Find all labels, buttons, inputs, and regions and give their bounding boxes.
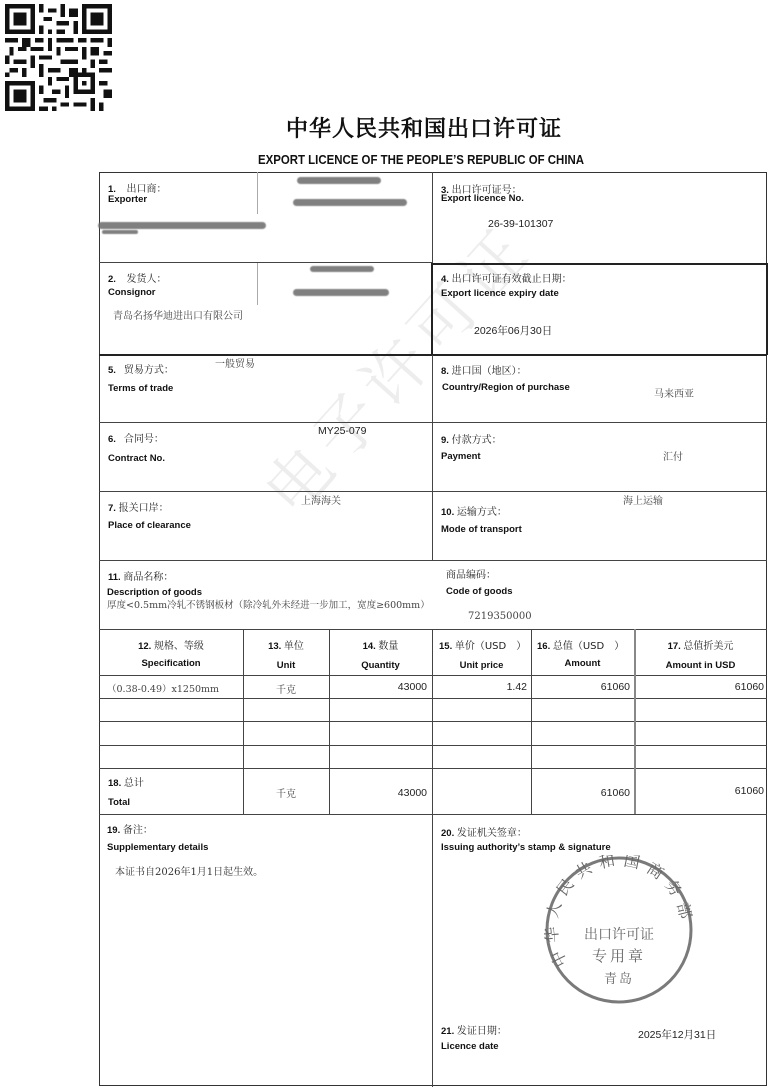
payment-value: 汇付 [663,448,683,463]
consignor-label: 2. 发货人： [108,270,167,285]
supplementary-label: 19. 备注： [107,821,153,836]
divider [257,172,258,214]
licence-no-label-en: Export licence No. [441,193,524,204]
licence-date-label-en: Licence date [441,1041,499,1052]
total-label: 18. 总计 [108,774,144,789]
stamp-section-label-en: Issuing authority’s stamp & signature [441,842,611,853]
divider [257,263,258,305]
document-title-en: EXPORT LICENCE OF THE PEOPLE’S REPUBLIC … [51,152,768,167]
payment-label-en: Payment [441,451,481,462]
divider [99,629,767,630]
goods-code-label: 商品编码： [446,566,496,581]
table-header-quantity: 14. 数量 Quantity [329,637,432,671]
total-label-en: Total [108,797,130,808]
supplementary-value: 本证书自2026年1月1日起生效。 [115,863,263,878]
total-unit: 千克 [243,785,329,800]
transport-label: 10. 运输方式： [441,503,507,518]
place-of-clearance-label: 7. 报关口岸： [108,499,169,514]
terms-of-trade-label: 5. 贸易方式： [108,361,174,376]
svg-text:出口许可证: 出口许可证 [584,927,654,943]
cell-unit: 千克 [243,681,329,696]
redacted-value [293,289,389,296]
licence-date-label: 21. 发证日期： [441,1022,507,1037]
supplementary-label-en: Supplementary details [107,842,208,853]
document-title-cn: 中华人民共和国出口许可证 [0,112,768,143]
divider [99,354,767,356]
terms-of-trade-label-en: Terms of trade [108,383,173,394]
goods-label: 11. 商品名称： [108,568,173,583]
total-amount-usd: 61060 [634,785,764,797]
svg-text:青岛: 青岛 [604,971,634,987]
contract-no-label: 6. 合同号： [108,430,164,445]
divider [432,172,433,560]
divider [99,422,767,423]
official-stamp-icon: 中 华 人 民 共 和 国 商 务 部 出口许可证 专用章 青岛 [544,855,694,1005]
exporter-redacted-name [98,222,266,229]
total-amount: 61060 [531,787,630,799]
divider [99,491,767,492]
transport-label-en: Mode of transport [441,524,522,535]
exporter-label-en: Exporter [108,194,147,205]
redacted-value [102,230,138,234]
divider [99,698,767,699]
qr-code-icon [5,4,112,111]
table-header-unit-price: 15. 单价（USD ） Unit price [432,637,531,671]
divider [431,263,433,355]
total-quantity: 43000 [329,787,427,799]
exporter-label: 1. 出口商： [108,180,167,195]
consignor-value: 青岛名扬华迪进出口有限公司 [113,307,243,322]
place-of-clearance-label-en: Place of clearance [108,520,191,531]
table-header-unit: 13. 单位 Unit [243,637,329,671]
expiry-label: 4. 出口许可证有效截止日期： [441,270,572,285]
licence-date-value: 2025年12月31日 [638,1027,716,1042]
redacted-value [310,266,374,272]
transport-value: 海上运输 [623,492,663,507]
divider [99,721,767,722]
divider [99,745,767,746]
divider [99,768,767,769]
divider [99,814,767,815]
cell-amount-usd: 61060 [634,681,764,693]
divider [99,675,767,676]
table-header-amount-usd: 17. 总值折美元 Amount in USD [634,637,767,671]
divider [432,263,767,265]
country-value: 马来西亚 [654,385,694,400]
svg-text:专用章: 专用章 [592,947,646,965]
goods-code-value: 7219350000 [468,611,532,622]
redacted-value [293,199,407,206]
table-header-amount: 16. 总值（USD ） Amount [531,637,634,669]
table-header-spec: 12. 规格、等级 Specification [99,637,243,669]
expiry-value: 2026年06月30日 [474,323,552,338]
cell-unit-price: 1.42 [432,681,527,693]
contract-no-value: MY25-079 [318,425,366,437]
cell-amount: 61060 [531,681,630,693]
country-label: 8. 进口国（地区）： [441,362,527,377]
divider [99,560,767,561]
contract-no-label-en: Contract No. [108,453,165,464]
cell-quantity: 43000 [329,681,427,693]
goods-value: 厚度<0.5mm冷轧不锈钢板材（除冷轧外未经进一步加工，宽度≥600mm） [107,597,430,611]
licence-no-value: 26-39-101307 [488,218,553,230]
consignor-label-en: Consignor [108,287,156,298]
goods-code-label-en: Code of goods [446,586,513,597]
stamp-section-label: 20. 发证机关签章： [441,824,527,839]
divider [432,629,433,1087]
country-label-en: Country/Region of purchase [442,382,570,393]
payment-label: 9. 付款方式： [441,431,502,446]
place-of-clearance-value: 上海海关 [301,492,341,507]
expiry-label-en: Export licence expiry date [441,288,559,299]
divider [99,262,432,263]
redacted-value [297,177,381,184]
terms-of-trade-value: 一般贸易 [215,355,255,370]
cell-spec: （0.38-0.49）x1250mm [107,681,243,695]
